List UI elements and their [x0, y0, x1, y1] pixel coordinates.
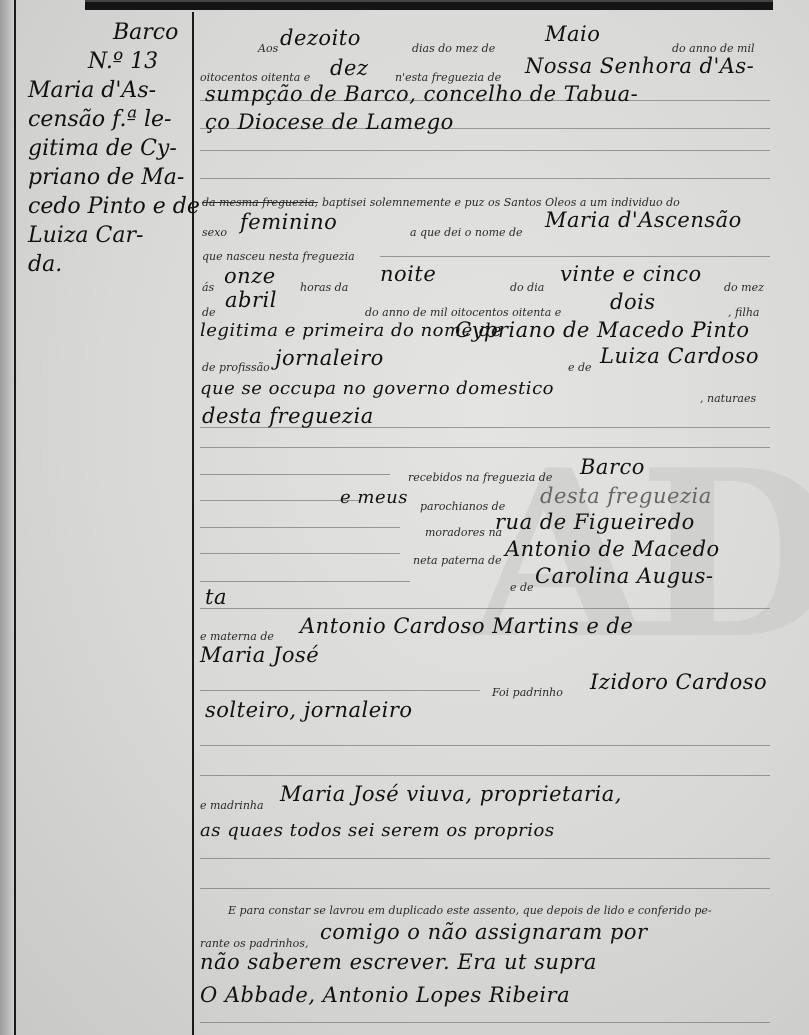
margin-line: Luiza Car-	[28, 221, 188, 250]
handwritten-child-name: Maria d'Ascensão	[545, 208, 742, 232]
margin-line: Maria d'As-	[28, 76, 188, 105]
handwritten-godmother: Maria José viuva, proprietaria,	[280, 782, 622, 806]
margin-rule-left	[14, 0, 16, 1035]
handwritten-birth-year: dois	[610, 290, 656, 314]
handwritten-text: Maria José	[200, 643, 319, 667]
printed-text: dias do mez de	[412, 42, 495, 55]
ruled-line	[200, 690, 480, 691]
margin-record-number: N.º 13	[28, 47, 188, 76]
printed-text: E para constar se lavrou em duplicado es…	[228, 904, 712, 917]
handwritten-text: sumpção de Barco, concelho de Tabua-	[205, 82, 638, 106]
handwritten-father: Cypriano de Macedo Pinto	[455, 318, 749, 342]
handwritten-godfather: Izidoro Cardoso	[590, 670, 767, 694]
handwritten-day: dezoito	[280, 26, 361, 50]
margin-line: priano de Ma-	[28, 163, 188, 192]
margin-line: censão f.ª le-	[28, 105, 188, 134]
margin-line: gitima de Cy-	[28, 134, 188, 163]
printed-text: moradores na	[425, 526, 502, 539]
printed-text: , naturaes	[700, 392, 756, 405]
ruled-line	[200, 745, 770, 746]
ruled-line	[380, 256, 770, 257]
handwritten-hour: onze	[224, 264, 276, 288]
handwritten-birth-month: abril	[225, 288, 277, 312]
ruled-line	[200, 858, 770, 859]
handwritten-text: ta	[205, 585, 227, 609]
handwritten-text: e meus	[340, 487, 408, 508]
printed-text: e de	[510, 581, 534, 594]
handwritten-text: que se occupa no governo domestico	[200, 378, 554, 399]
handwritten-text: as quaes todos sei serem os proprios	[200, 820, 555, 841]
handwritten-text: desta freguezia	[540, 484, 712, 508]
printed-text: do mez	[724, 281, 764, 294]
printed-text: parochianos de	[420, 500, 505, 513]
handwritten-occupation: jornaleiro	[275, 346, 384, 370]
page-edge-shadow	[0, 0, 14, 1035]
ruled-line	[200, 527, 400, 528]
printed-text: sexo	[202, 226, 227, 239]
printed-text: do dia	[510, 281, 544, 294]
printed-text: horas da	[300, 281, 348, 294]
handwritten-month: Maio	[545, 22, 600, 46]
margin-line: da.	[28, 250, 188, 279]
handwritten-text: solteiro, jornaleiro	[205, 698, 413, 722]
ruled-line	[200, 553, 400, 554]
handwritten-signature: O Abbade, Antonio Lopes Ribeira	[200, 983, 570, 1007]
handwritten-text: desta freguezia	[202, 404, 374, 428]
ruled-line	[200, 775, 770, 776]
handwritten-text: não saberem escrever. Era ut supra	[200, 950, 597, 974]
printed-text: Aos	[258, 42, 278, 55]
handwritten-address: rua de Figueiredo	[495, 510, 695, 534]
printed-text: de profissão	[202, 361, 270, 374]
printed-text: e de	[568, 361, 592, 374]
margin-rule-divider	[192, 12, 194, 1035]
ruled-line	[200, 888, 770, 889]
ruled-line	[200, 500, 360, 501]
ruled-line	[200, 608, 770, 609]
printed-text: ás	[202, 281, 214, 294]
handwritten-paternal-grandfather: Antonio de Macedo	[505, 537, 720, 561]
ruled-line	[200, 447, 770, 448]
printed-text: que nasceu nesta freguezia	[202, 250, 355, 263]
handwritten-year: dez	[330, 56, 368, 80]
document-page: AD Barco N.º 13 Maria d'As- censão f.ª l…	[0, 0, 809, 1035]
printed-text: Foi padrinho	[492, 686, 563, 699]
handwritten-text: ço Diocese de Lamego	[205, 110, 454, 134]
handwritten-time: noite	[380, 262, 436, 286]
printed-text: e materna de	[200, 630, 274, 643]
handwritten-sex: feminino	[240, 210, 337, 234]
handwritten-maternal-grandparents: Antonio Cardoso Martins e de	[300, 614, 633, 638]
handwritten-mother: Luiza Cardoso	[600, 344, 759, 368]
top-border-thick	[85, 2, 773, 10]
printed-text: a que dei o nome de	[410, 226, 523, 239]
handwritten-text: comigo o não assignaram por	[320, 920, 648, 944]
printed-text: de	[202, 306, 216, 319]
handwritten-parish: Barco	[580, 455, 645, 479]
printed-text: rante os padrinhos,	[200, 937, 308, 950]
margin-line: cedo Pinto e de	[28, 192, 188, 221]
ruled-line	[200, 178, 770, 179]
printed-text: neta paterna de	[413, 554, 502, 567]
printed-text: e madrinha	[200, 799, 264, 812]
printed-text: recebidos na freguezia de	[408, 471, 552, 484]
ruled-line	[200, 150, 770, 151]
margin-parish: Barco	[28, 18, 188, 47]
margin-note: Barco N.º 13 Maria d'As- censão f.ª le- …	[28, 18, 188, 279]
handwritten-paternal-grandmother: Carolina Augus-	[535, 564, 713, 588]
handwritten-parish: Nossa Senhora d'As-	[525, 54, 754, 78]
handwritten-birth-day: vinte e cinco	[560, 262, 702, 286]
ruled-line	[200, 581, 410, 582]
ruled-line	[200, 1022, 770, 1023]
ruled-line	[200, 474, 390, 475]
struck-printed-text: da mesma freguezia,	[202, 196, 318, 209]
